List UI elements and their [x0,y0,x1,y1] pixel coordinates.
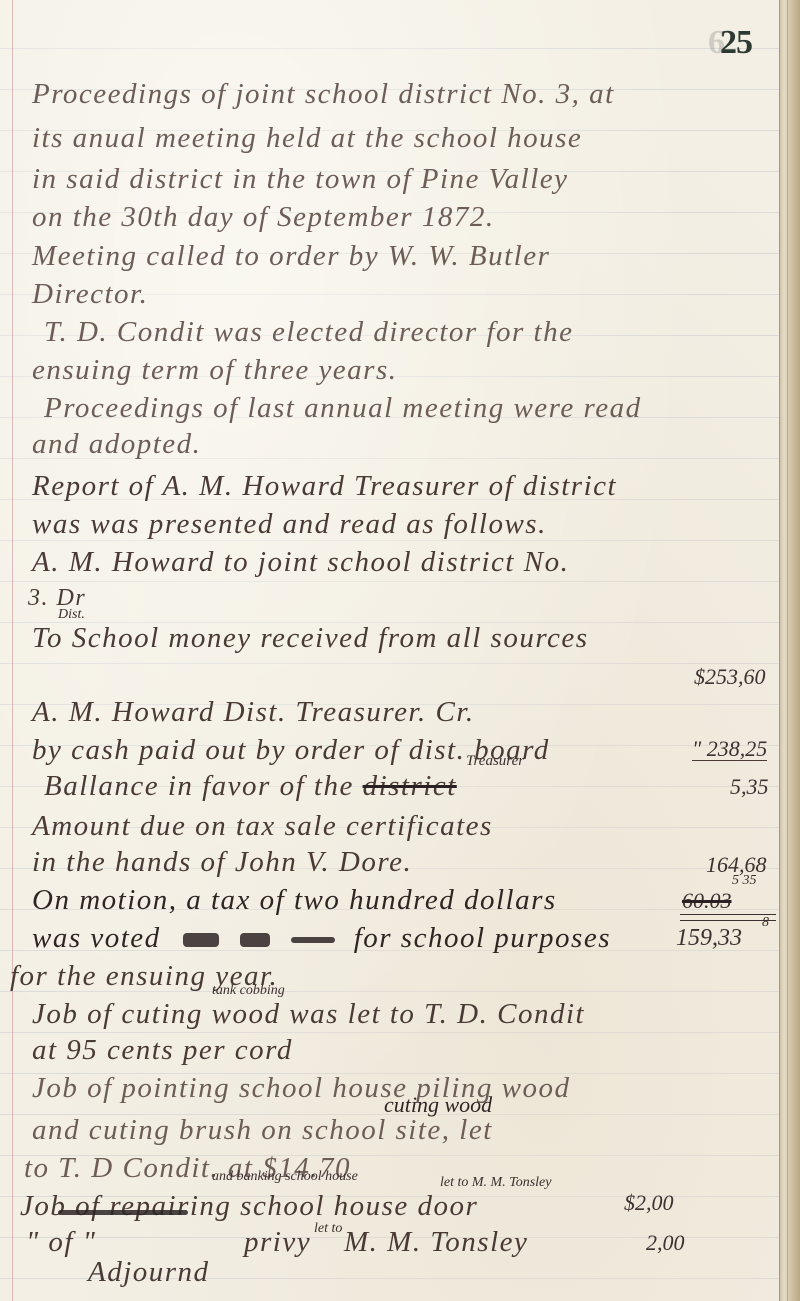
resolution-line-2a: was voted [32,922,161,954]
book-binding-edge [779,0,800,1301]
minutes-line-4: on the 30th day of September 1872. [32,203,495,232]
ledger-amount-1: " 238,25 [692,738,767,761]
ledger-amount-2: 5,35 [730,776,769,798]
ledger-page: 625 Proceedings of joint school district… [0,0,780,1301]
treasurer-insert: Treasurer [466,754,524,769]
minutes-line-8: ensuing term of three years. [32,356,398,385]
minutes-line-10: and adopted. [32,430,201,459]
ditto-of: " of " [26,1228,96,1257]
privy-repair-amount: 2,00 [646,1232,685,1254]
ledger-entry-4: in the hands of John V. Dore. [32,848,412,877]
minutes-line-11: Report of A. M. Howard Treasurer of dist… [32,472,617,501]
insert-above-school-site: cuting wood [384,1094,492,1116]
minutes-line-3: in said district in the town of Pine Val… [32,165,569,194]
insert-above-repairing: and banking school house [212,1170,358,1184]
insert-above-wood: tank cobbing [212,984,285,998]
struck-total: 60.03 [682,890,732,912]
small-mark: 8 [762,916,769,930]
resolution-line-5: at 95 cents per cord [32,1036,293,1065]
minutes-line-13: A. M. Howard to joint school district No… [32,548,569,577]
let-to-small-insert: let to [314,1222,342,1236]
adjourned: Adjournd [88,1258,210,1287]
resolution-line-2b: for school purposes [354,922,611,954]
resolution-line-9: Job of repairing school house door [20,1192,478,1221]
minutes-line-1: Proceedings of joint school district No.… [32,80,615,109]
page-number: 625 [708,24,752,62]
let-to-tonsley-insert: let to M. M. Tonsley [440,1176,551,1190]
resolution-line-4: Job of cuting wood was let to T. D. Cond… [32,1000,585,1029]
minutes-line-12: was was presented and read as follows. [32,510,547,539]
scribble-3 [291,937,335,943]
minutes-line-5: Meeting called to order by W. W. Butler [32,242,550,271]
struck-word: district [363,770,457,802]
scribble-2 [240,933,270,947]
dist-insert: Dist. [58,608,85,622]
margin-rule [12,0,13,1301]
small-figure-above: 5 35 [732,874,757,888]
privy-label: privy [244,1228,311,1257]
minutes-line-6: Director. [32,280,148,309]
minutes-line-15: To School money received from all source… [32,624,589,653]
resolution-line-7: and cuting brush on school site, let [32,1116,493,1145]
scribble-1 [183,933,219,947]
minutes-line-2: its anual meeting held at the school hou… [32,124,582,153]
ledger-entry-2-label: Ballance in favor of the [44,770,354,802]
ledger-entry-3: Amount due on tax sale certificates [32,812,493,841]
resolution-line-1: On motion, a tax of two hundred dollars [32,886,557,915]
final-total: 159,33 [676,926,742,950]
resolution-line-2: was voted for school purposes [32,924,611,953]
received-total: $253,60 [694,666,766,688]
door-repair-amount: $2,00 [624,1192,674,1214]
minutes-line-7: T. D. Condit was elected director for th… [44,318,573,347]
struck-scribble [58,1210,188,1215]
minutes-line-9: Proceedings of last annual meeting were … [44,394,642,423]
ledger-entry-2: Ballance in favor of the district [44,772,457,801]
credit-header: A. M. Howard Dist. Treasurer. Cr. [32,698,475,727]
privy-contractor: M. M. Tonsley [344,1228,528,1257]
